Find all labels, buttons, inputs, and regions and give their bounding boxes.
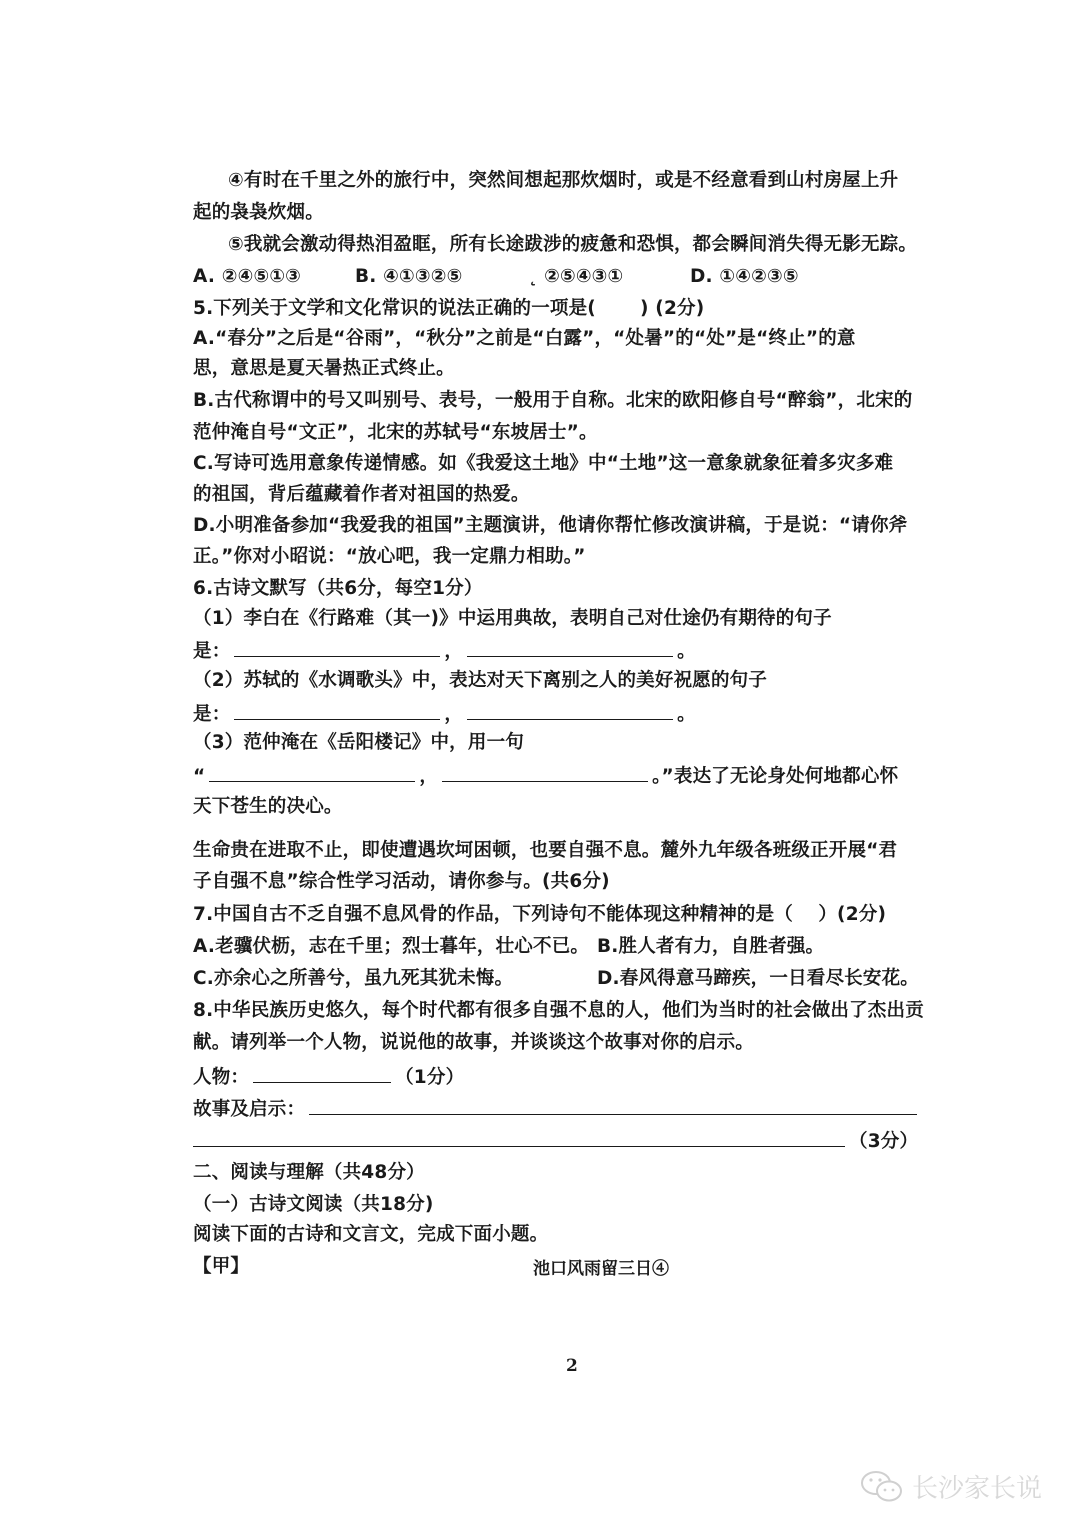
q6-2-answer-row: 是：，。 [193,701,696,728]
q6-3-blank-1[interactable] [209,763,415,782]
sentence-4-line1: ④有时在千里之外的旅行中，突然间想起那炊烟时，或是不经意看到山村房屋上升 [228,168,898,194]
story-label: 故事及启示： [193,1099,305,1120]
q5-option-b-line1: B.古代称谓中的号又叫别号、表号，一般用于自称。北宋的欧阳修自号“醉翁”，北宋的 [193,388,912,414]
q6-2-prompt: （2）苏轼的《水调歌头》中，表达对天下离别之人的美好祝愿的句子 [193,668,767,694]
q8-story-row: 故事及启示： [193,1096,921,1123]
q5-option-c-line1: C.写诗可选用意象传递情感。如《我爱这土地》中“土地”这一意象就象征着多灾多难 [193,451,893,477]
passage-label-jia: 【甲】 [193,1254,249,1280]
exam-page: ④有时在千里之外的旅行中，突然间想起那炊烟时，或是不经意看到山村房屋上升 起的袅… [0,0,1080,1528]
q8-stem-line1: 8.中华民族历史悠久，每个时代都有很多自强不息的人，他们为当时的社会做出了杰出贡 [193,998,924,1024]
section-instruction: 阅读下面的古诗和文言文，完成下面小题。 [193,1222,548,1248]
q5-option-b-line2: 范仲淹自号“文正”，北宋的苏轼号“东坡居士”。 [193,420,598,446]
q5-option-c-line2: 的祖国，背后蕴藏着作者对祖国的热爱。 [193,482,530,508]
q6-1-blank-1[interactable] [234,638,440,657]
q6-3-answer-row: “，。”表达了无论身处何地都心怀 [193,763,898,790]
q8-person-row: 人物：（1分） [193,1064,464,1091]
period: 。 [677,641,696,662]
comma: ， [444,704,463,725]
q6-3-line2: 天下苍生的决心。 [193,794,343,820]
q5-stem: 5.下列关于文学和文化常识的说法正确的一项是( ) (2分) [193,296,704,322]
q8-story-blank-2[interactable] [193,1128,845,1147]
open-quote: “ [193,766,205,787]
q7-option-d: D.春风得意马蹄疾，一日看尽长安花。 [597,966,919,992]
q6-3-blank-2[interactable] [442,763,648,782]
q5-option-d-line1: D.小明准备参加“我爱我的祖国”主题演讲，他请你帮忙修改演讲稿，于是说：“请你斧 [193,513,907,539]
watermark-text: 长沙家长说 [912,1468,1042,1505]
q4-option-a: A. ②④⑤①③ [193,264,301,290]
q4-option-b: B. ④①③②⑤ [355,264,463,290]
period: 。 [677,704,696,725]
activity-intro-line2: 子自强不息”综合性学习活动，请你参与。(共6分) [193,869,610,895]
q4-option-d: D. ①④②③⑤ [690,264,799,290]
sentence-5: ⑤我就会激动得热泪盈眶，所有长途跋涉的疲惫和恐惧，都会瞬间消失得无影无踪。 [228,232,917,258]
person-label: 人物： [193,1067,249,1088]
score: （1分） [395,1067,464,1088]
q6-3-tail: 。”表达了无论身处何地都心怀 [652,766,898,787]
wechat-icon [860,1470,904,1504]
poem-title: 池口风雨留三日④ [533,1254,669,1279]
comma: ， [419,766,438,787]
answer-prefix: 是： [193,704,230,725]
q5-option-a-line1: A.“春分”之后是“谷雨”，“秋分”之前是“白露”，“处暑”的“处”是“终止”的… [193,326,856,352]
q5-option-d-line2: 正。”你对小昭说：“放心吧，我一定鼎力相助。” [193,544,586,570]
comma: ， [444,641,463,662]
q6-2-blank-2[interactable] [467,701,673,720]
answer-prefix: 是： [193,641,230,662]
score: （3分） [849,1131,918,1152]
q7-stem: 7.中国自古不乏自强不息风骨的作品，下列诗句不能体现这种精神的是（ ）(2分) [193,902,886,928]
q4-option-c: ˛ ②⑤④③① [528,264,623,290]
sentence-4-line2: 起的袅袅炊烟。 [193,200,324,226]
section-2-heading: 二、阅读与理解（共48分） [193,1160,425,1186]
q6-2-blank-1[interactable] [234,701,440,720]
page-number: 2 [566,1356,578,1376]
q6-stem: 6.古诗文默写（共6分，每空1分） [193,576,483,602]
activity-intro-line1: 生命贵在进取不止，即使遭遇坎坷困顿，也要自强不息。麓外九年级各班级正开展“君 [193,838,897,864]
q7-option-c: C.亦余心之所善兮，虽九死其犹未悔。 [193,966,513,992]
q6-1-blank-2[interactable] [467,638,673,657]
q5-option-a-line2: 思，意思是夏天暑热正式终止。 [193,356,455,382]
q6-1-answer-row: 是：，。 [193,638,696,665]
q8-stem-line2: 献。请列举一个人物，说说他的故事，并谈谈这个故事对你的启示。 [193,1030,754,1056]
q6-3-prompt: （3）范仲淹在《岳阳楼记》中，用一句 [193,730,524,756]
q8-story-blank-1[interactable] [309,1096,917,1115]
q7-option-a: A.老骥伏枥，志在千里；烈士暮年，壮心不已。 [193,934,589,960]
q8-person-blank[interactable] [253,1064,391,1083]
watermark: 长沙家长说 [860,1468,1042,1505]
q6-1-prompt: （1）李白在《行路难（其一)》中运用典故，表明自己对仕途仍有期待的句子 [193,606,832,632]
q7-option-b: B.胜人者有力，自胜者强。 [597,934,824,960]
section-2-1-heading: （一）古诗文阅读（共18分) [193,1192,434,1218]
q8-story-row-2: （3分） [193,1128,918,1155]
